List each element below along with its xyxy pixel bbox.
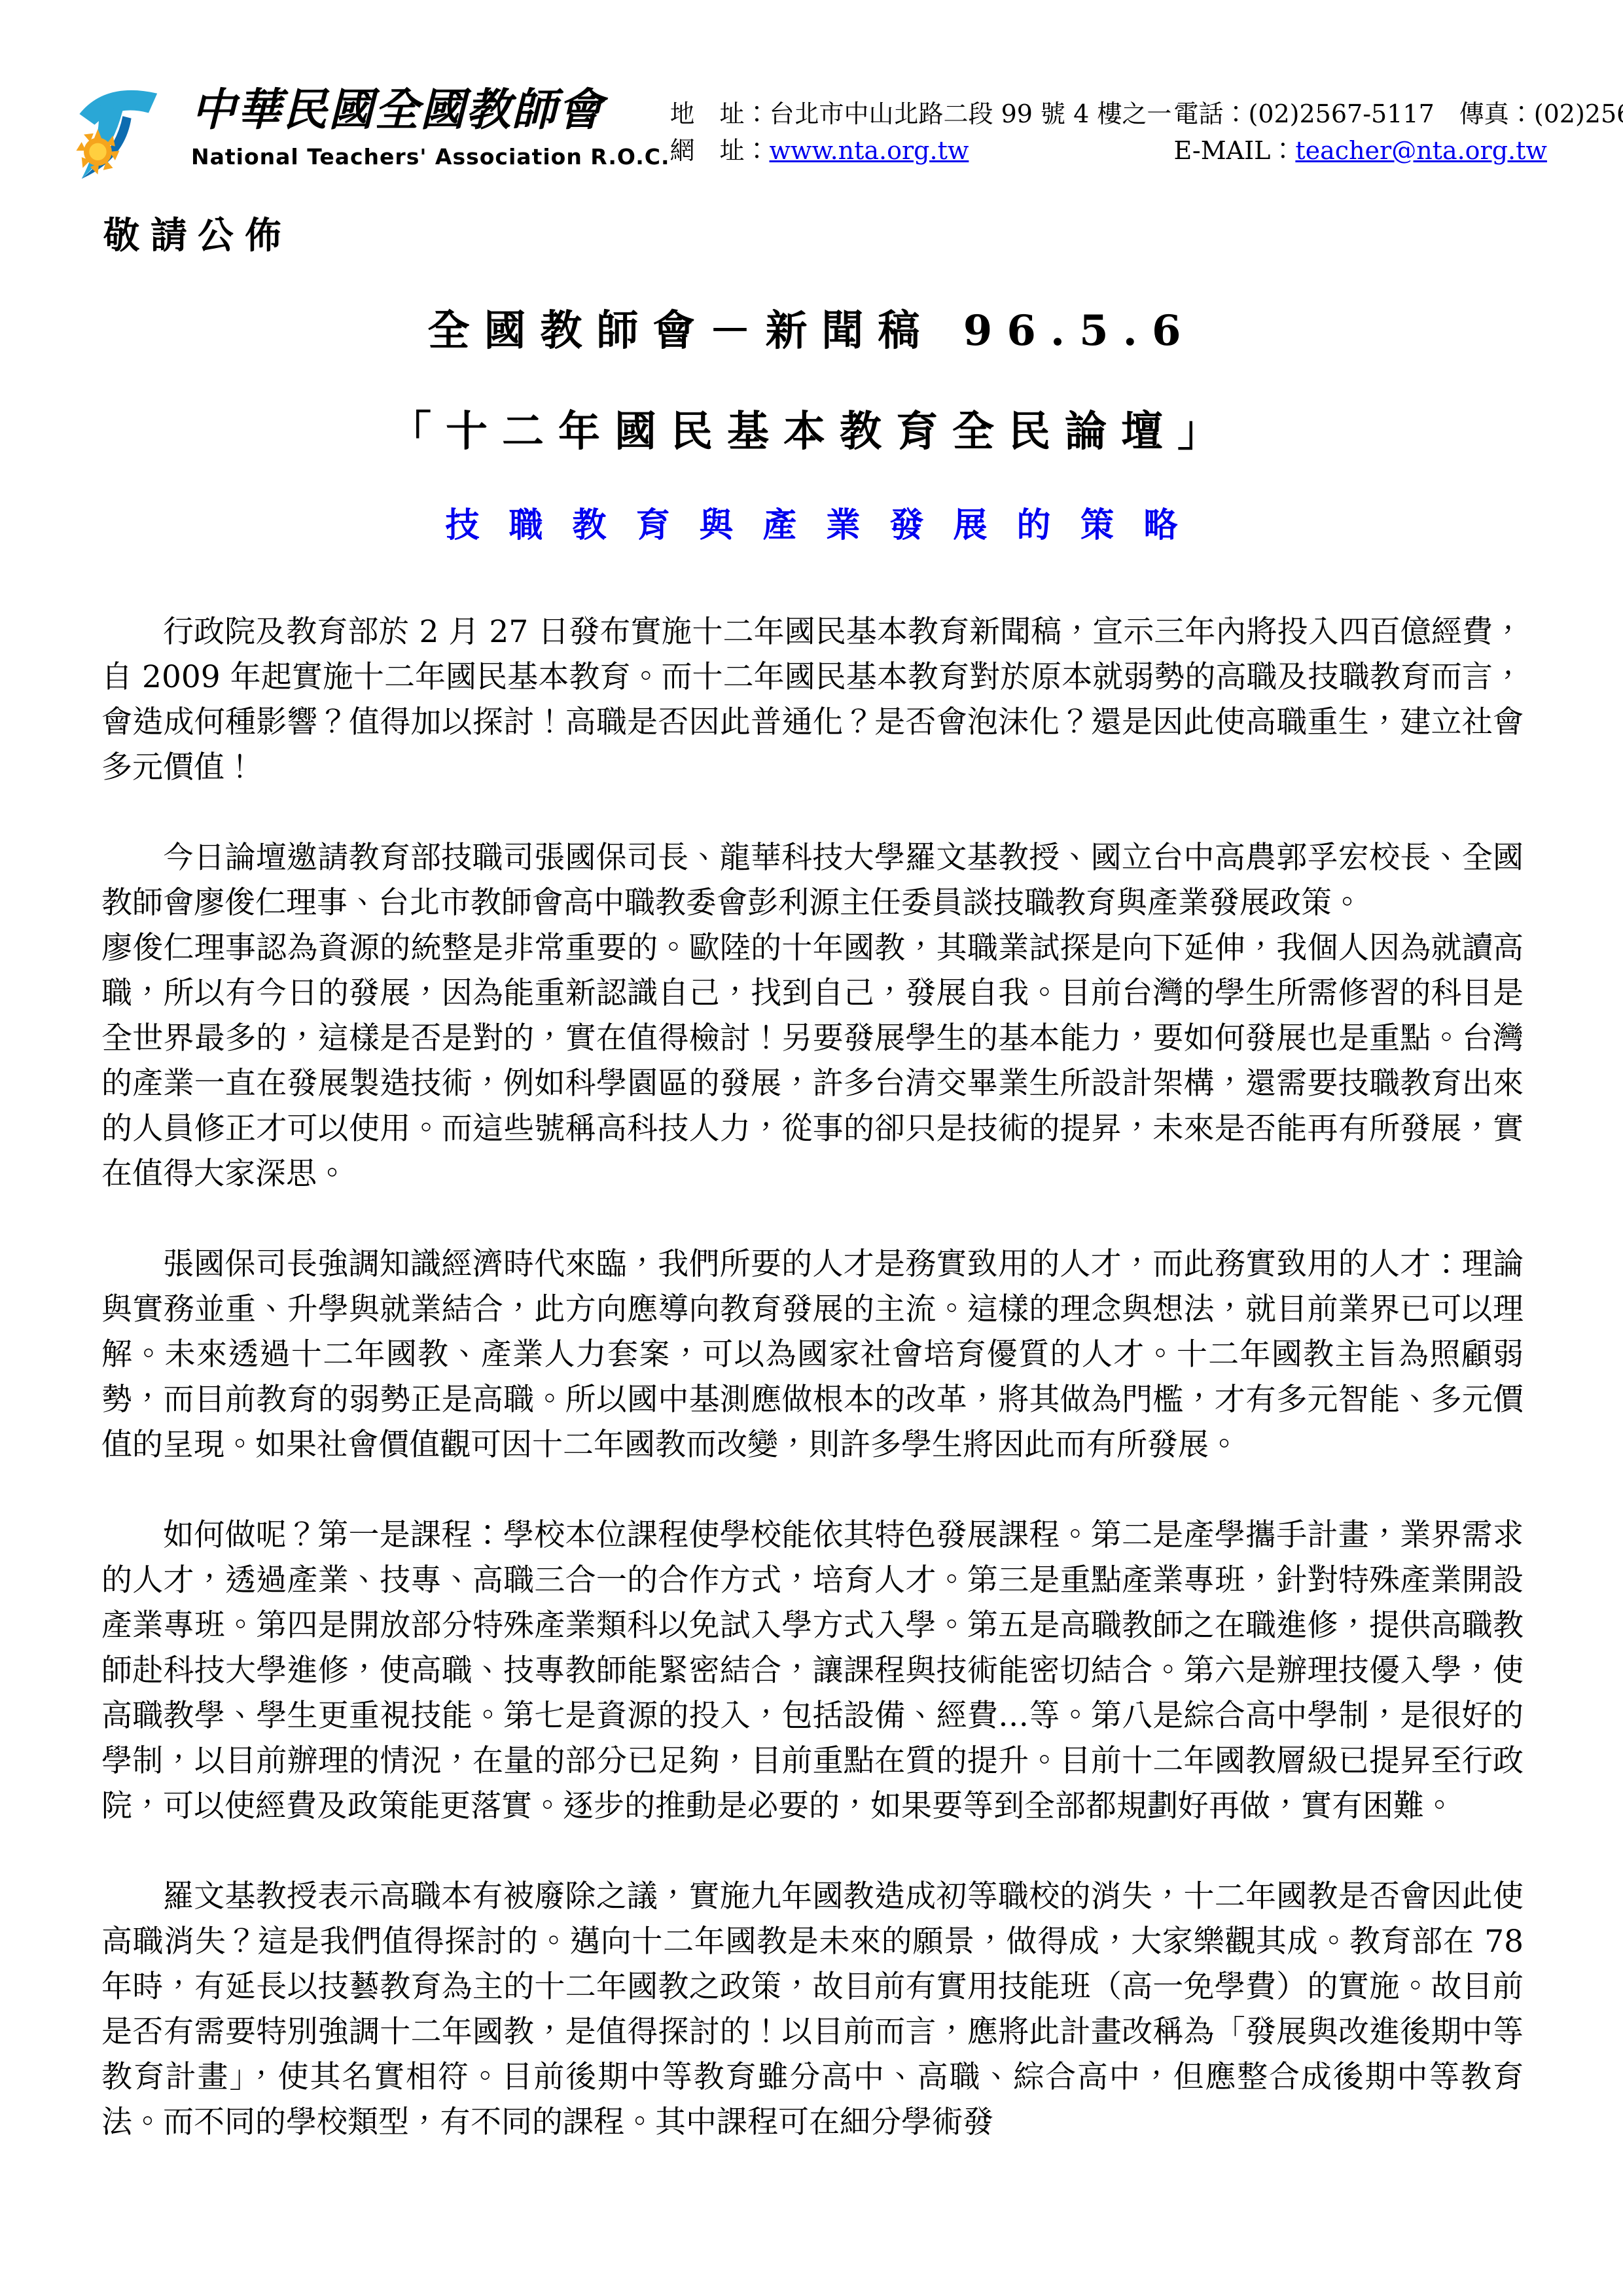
paragraph-how-to-do: 如何做呢？第一是課程：學校本位課程使學校能依其特色發展課程。第二是產學攜手計畫，… [101, 1513, 1524, 1829]
letterhead: 中華民國全國教師會 National Teachers' Association… [56, 77, 1525, 188]
phone-value: (02)2567-5117 [1249, 99, 1435, 128]
phone-fax-cell: 電話：(02)2567-5117 傳真：(02)2567-5110 [1173, 96, 1623, 132]
contact-info: 地 址：台北市中山北路二段 99 號 4 樓之一 電話：(02)2567-511… [669, 96, 1623, 169]
email-link[interactable]: teacher@nta.org.tw [1295, 136, 1547, 165]
paragraph-luo-wenji: 羅文基教授表示高職本有被廢除之議，實施九年國教造成初等職校的消失，十二年國教是否… [101, 1874, 1524, 2145]
email-label: E-MAIL： [1173, 136, 1295, 165]
paragraph-panelists: 今日論壇邀請教育部技職司張國保司長、龍華科技大學羅文基教授、國立台中高農郭孚宏校… [101, 835, 1524, 925]
address-value: 台北市中山北路二段 99 號 4 樓之一 [770, 99, 1172, 128]
fax-label: 傳真： [1435, 99, 1534, 128]
article-body: 行政院及教育部於 2 月 27 日發布實施十二年國民基本教育新聞稿，宣示三年內將… [101, 609, 1524, 2145]
nta-logo-icon [56, 77, 177, 185]
sun-icon [76, 129, 119, 174]
contact-row-address: 地 址：台北市中山北路二段 99 號 4 樓之一 電話：(02)2567-511… [669, 96, 1623, 132]
topic-title: 技職教育與產業發展的策略 [0, 497, 1623, 547]
paragraph-intro: 行政院及教育部於 2 月 27 日發布實施十二年國民基本教育新聞稿，宣示三年內將… [101, 609, 1524, 790]
paragraph-liao-junren: 廖俊仁理事認為資源的統整是非常重要的。歐陸的十年國教，其職業試探是向下延伸，我個… [101, 925, 1524, 1196]
publish-notice: 敬請公佈 [103, 207, 1623, 259]
press-release-title: 全國教師會－新聞稿 96.5.6 [0, 297, 1623, 357]
address-cell: 地 址：台北市中山北路二段 99 號 4 樓之一 [669, 96, 1173, 132]
website-link[interactable]: www.nta.org.tw [770, 136, 969, 165]
press-release-page: 中華民國全國教師會 National Teachers' Association… [0, 0, 1623, 2296]
org-name-english: National Teachers' Association R.O.C. [191, 144, 669, 170]
org-name-chinese: 中華民國全國教師會 [191, 77, 669, 143]
org-names: 中華民國全國教師會 National Teachers' Association… [191, 77, 669, 170]
web-label: 網 址： [669, 136, 769, 165]
paragraph-zhang-guobao: 張國保司長強調知識經濟時代來臨，我們所要的人才是務實致用的人才，而此務實致用的人… [101, 1242, 1524, 1467]
address-label: 地 址： [669, 99, 769, 128]
fax-value: (02)2567-5110 [1534, 99, 1623, 128]
forum-title: 「十二年國民基本教育全民論壇」 [0, 398, 1623, 458]
org-logo-block: 中華民國全國教師會 National Teachers' Association… [56, 77, 669, 185]
phone-label: 電話： [1173, 99, 1248, 128]
email-cell: E-MAIL：teacher@nta.org.tw [1173, 132, 1546, 169]
web-cell: 網 址：www.nta.org.tw [669, 132, 1173, 169]
contact-row-web: 網 址：www.nta.org.tw E-MAIL：teacher@nta.or… [669, 132, 1623, 169]
